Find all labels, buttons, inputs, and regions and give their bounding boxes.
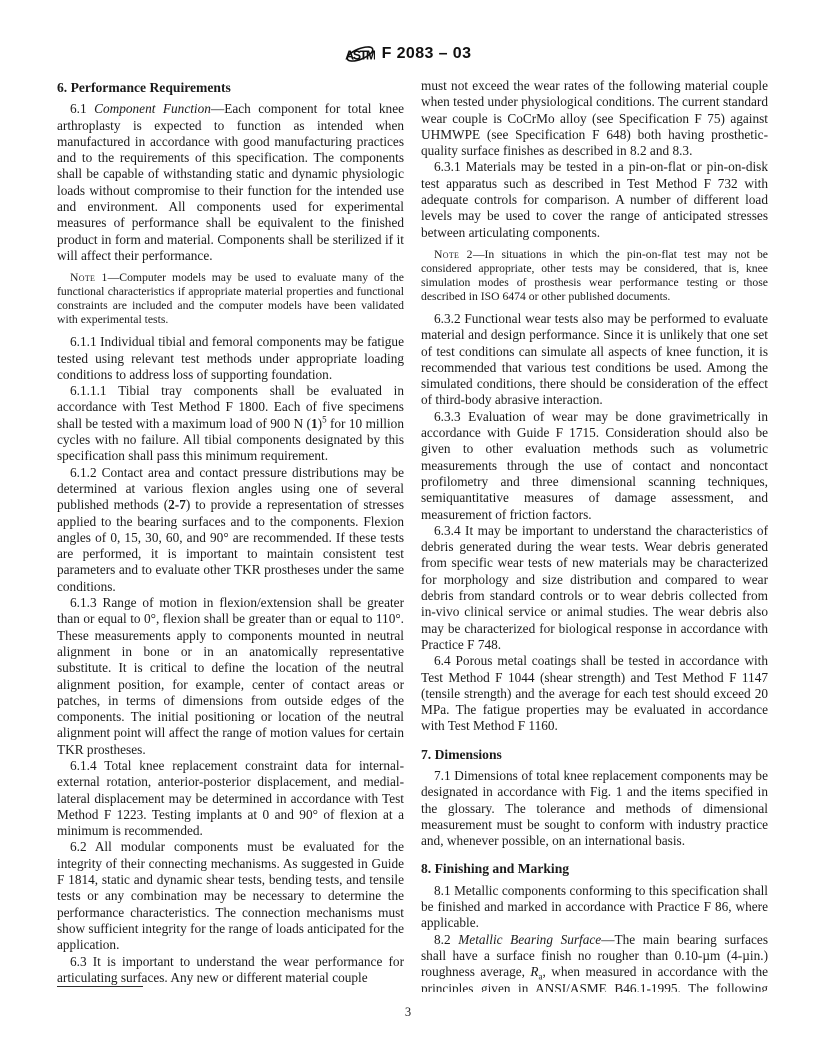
paragraph-6-4: 6.4 Porous metal coatings shall be teste…: [421, 653, 768, 734]
paragraph-6-3-3: 6.3.3 Evaluation of wear may be done gra…: [421, 409, 768, 523]
left-column: 6. Performance Requirements 6.1 Componen…: [57, 78, 404, 992]
text-columns: 6. Performance Requirements 6.1 Componen…: [57, 78, 767, 992]
note-body: —In situations in which the pin-on-flat …: [421, 248, 768, 303]
paragraph-number: 6.1: [70, 101, 94, 116]
astm-logo: ASTM: [345, 40, 375, 68]
paragraph-6-1-3: 6.1.3 Range of motion in flexion/extensi…: [57, 595, 404, 758]
section-heading-8: 8. Finishing and Marking: [421, 861, 768, 877]
paragraph-8-1: 8.1 Metallic components conforming to th…: [421, 883, 768, 932]
paragraph-title: Metallic Bearing Surface: [458, 932, 601, 947]
paragraph-7-1: 7.1 Dimensions of total knee replacement…: [421, 768, 768, 849]
note-2: Note 2—In situations in which the pin-on…: [421, 248, 768, 304]
paragraph-6-2: 6.2 All modular components must be evalu…: [57, 839, 404, 953]
bold-reference-1: 1: [311, 416, 318, 431]
paragraph-number: 8.2: [434, 932, 458, 947]
paragraph-6-1-2: 6.1.2 Contact area and contact pressure …: [57, 465, 404, 595]
paragraph-title: Component Function: [94, 101, 211, 116]
right-column: must not exceed the wear rates of the fo…: [421, 78, 768, 992]
paragraph-6-1-4: 6.1.4 Total knee replacement constraint …: [57, 758, 404, 839]
footnote-number: 5: [70, 991, 75, 992]
paragraph-6-3-1: 6.3.1 Materials may be tested in a pin-o…: [421, 159, 768, 240]
bold-reference-2-7: 2-7: [168, 497, 186, 512]
note-1: Note 1—Computer models may be used to ev…: [57, 271, 404, 327]
paragraph-8-2: 8.2 Metallic Bearing Surface—The main be…: [421, 932, 768, 992]
paragraph-6-3-2: 6.3.2 Functional wear tests also may be …: [421, 311, 768, 409]
page-footer: 3: [0, 1005, 816, 1020]
paragraph-body: —Each component for total knee arthropla…: [57, 101, 404, 263]
paragraph-6-3: 6.3 It is important to understand the we…: [57, 954, 404, 987]
document-page: ASTM F 2083 – 03 6. Performance Requirem…: [0, 0, 816, 1056]
roughness-symbol: R: [530, 964, 538, 979]
note-label: Note 1: [70, 271, 108, 284]
paragraph-6-1-1: 6.1.1 Individual tibial and femoral comp…: [57, 334, 404, 383]
page-number: 3: [405, 1005, 411, 1019]
doc-code: F 2083 – 03: [382, 45, 472, 63]
note-label: Note 2: [434, 248, 473, 261]
section-heading-7: 7. Dimensions: [421, 747, 768, 763]
paragraph-6-1: 6.1 Component Function—Each component fo…: [57, 101, 404, 264]
paragraph-6-1-1-1: 6.1.1.1 Tibial tray components shall be …: [57, 383, 404, 464]
section-heading-6: 6. Performance Requirements: [57, 80, 404, 96]
paragraph-6-3-4: 6.3.4 It may be important to understand …: [421, 523, 768, 653]
page-header: ASTM F 2083 – 03: [0, 40, 816, 68]
paragraph-6-3-continued: must not exceed the wear rates of the fo…: [421, 78, 768, 159]
footnote-block: 5 The boldface numbers in parentheses re…: [57, 986, 404, 992]
footnote-rule: [57, 986, 143, 987]
note-body: —Computer models may be used to evaluate…: [57, 271, 404, 326]
